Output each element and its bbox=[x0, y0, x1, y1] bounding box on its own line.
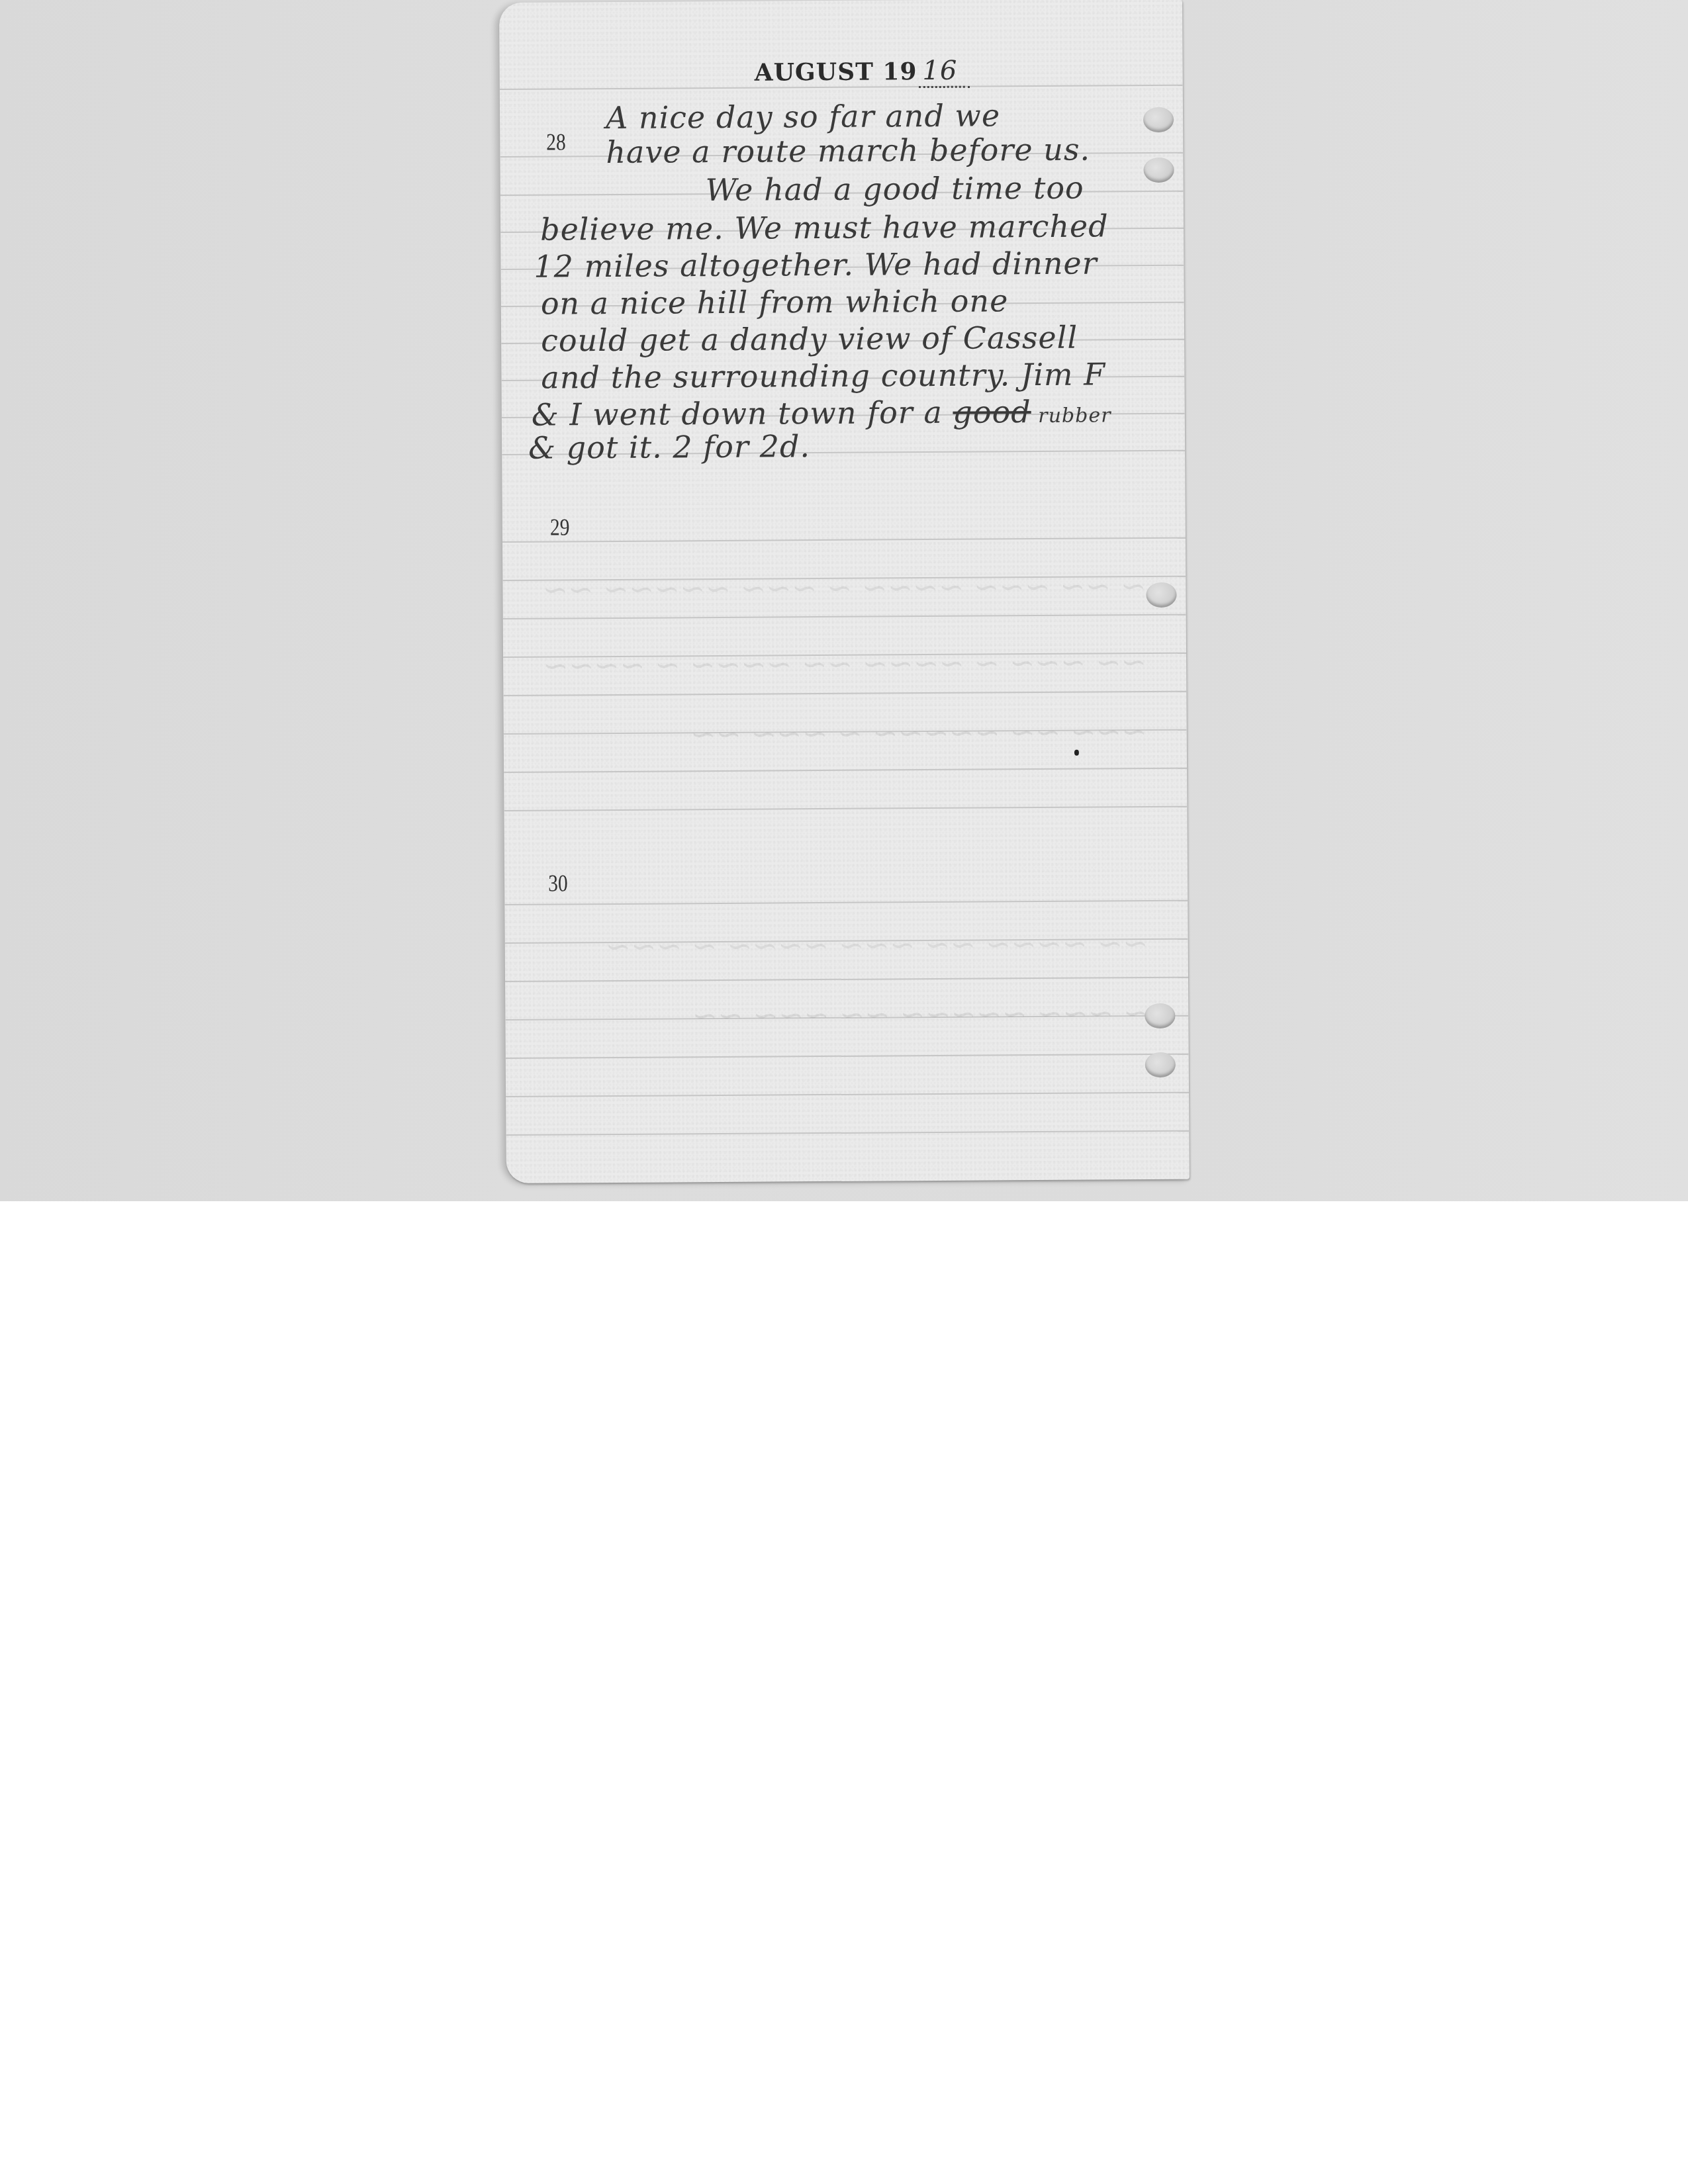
printed-month-year: AUGUST 19 bbox=[755, 58, 917, 87]
diary-page: ~ ~~ ~~~ ~~~~ ~ ~~~ ~~~~~ ~~ ~~ ~~ ~~~ ~… bbox=[499, 0, 1190, 1183]
page-heading: AUGUST 1916 bbox=[755, 56, 970, 87]
handwritten-year: 16 bbox=[918, 56, 969, 88]
entry-line: 12 miles altogether. We had dinner bbox=[534, 245, 1098, 284]
entry-line: A nice day so far and we bbox=[606, 97, 1000, 136]
ruled-line bbox=[506, 1092, 1189, 1097]
ink-speck bbox=[1074, 750, 1079, 756]
day-separator-rule bbox=[504, 900, 1188, 905]
entry-line: & got it. 2 for 2d. bbox=[528, 428, 810, 466]
date-29: 29 bbox=[550, 513, 570, 541]
bleed-through-writing: ~~ ~~~~ ~~ ~~~ ~~~~ ~ ~~~ bbox=[545, 925, 1149, 965]
binder-hole bbox=[1143, 107, 1174, 132]
ruled-line bbox=[506, 1054, 1189, 1059]
bleed-through-writing: ~~~ ~~ ~~~~~ ~ ~~~ ~~ bbox=[543, 713, 1147, 753]
binder-hole bbox=[1146, 582, 1176, 608]
binder-hole bbox=[1145, 1052, 1176, 1077]
scanner-background: ~ ~~ ~~~ ~~~~ ~ ~~~ ~~~~~ ~~ ~~ ~~ ~~~ ~… bbox=[0, 0, 1688, 1201]
entry-text: & I went down town for a bbox=[532, 394, 953, 433]
ruled-line bbox=[503, 614, 1186, 619]
ruled-line bbox=[503, 691, 1186, 696]
bleed-through-writing: ~ ~~ ~~~ ~~~~ ~ ~~~ ~~~~~ ~~ ~~ bbox=[542, 568, 1146, 608]
date-28: 28 bbox=[546, 128, 566, 156]
struck-word: good bbox=[953, 394, 1031, 430]
date-30: 30 bbox=[548, 869, 568, 897]
entry-line: and the surrounding country. Jim F bbox=[541, 356, 1105, 395]
binder-hole bbox=[1145, 1003, 1175, 1028]
ruled-line bbox=[506, 1130, 1189, 1136]
entry-line: We had a good time too bbox=[706, 170, 1084, 208]
ruled-line bbox=[504, 768, 1187, 773]
entry-line: & I went down town for a good rubber bbox=[532, 393, 1111, 432]
day-separator-rule bbox=[502, 537, 1186, 543]
entry-line: have a route march before us. bbox=[606, 132, 1090, 170]
ruled-line bbox=[504, 806, 1187, 811]
binder-hole bbox=[1143, 158, 1174, 183]
ruled-line bbox=[505, 977, 1188, 982]
entry-text: rubber bbox=[1031, 404, 1111, 428]
bleed-through-writing: ~ ~~~ ~~~~~ ~~ ~~~ ~~ bbox=[545, 995, 1149, 1034]
entry-line: believe me. We must have marched bbox=[540, 208, 1109, 247]
bleed-through-writing: ~~ ~~~ ~ ~~~~ ~~ ~~~~ ~ ~~~~ bbox=[543, 644, 1147, 684]
entry-line: on a nice hill from which one bbox=[541, 283, 1009, 321]
entry-line: could get a dandy view of Cassell bbox=[541, 320, 1078, 359]
